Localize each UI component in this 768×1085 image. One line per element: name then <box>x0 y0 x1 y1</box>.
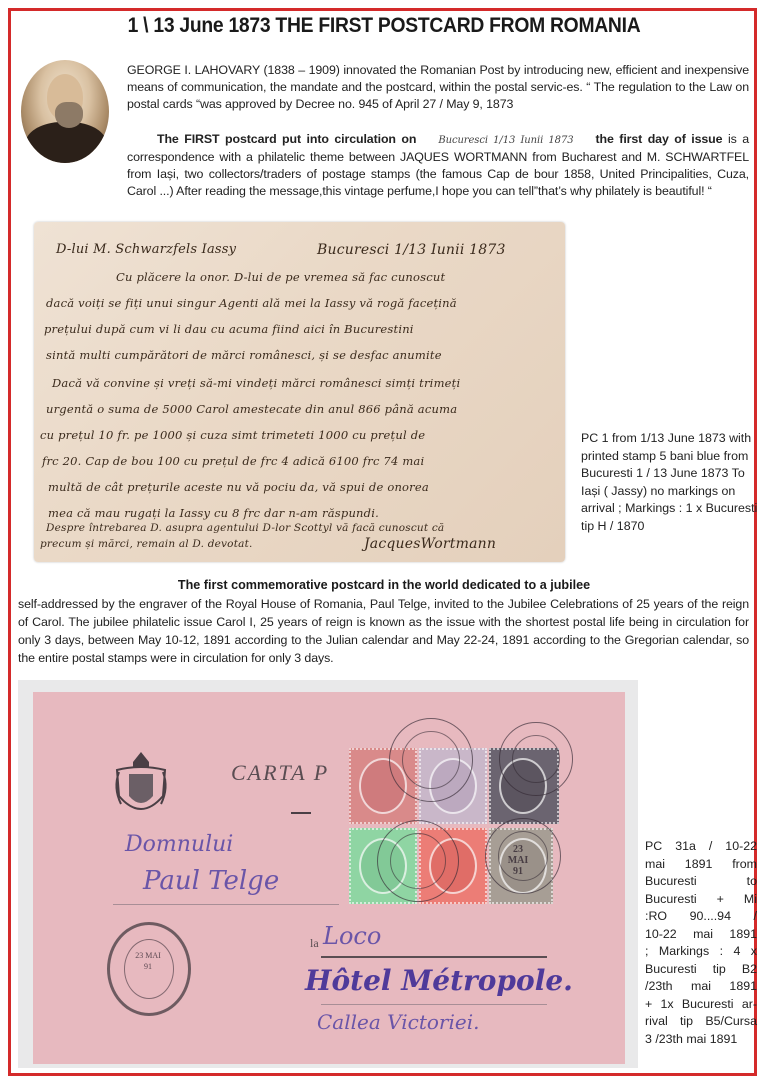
first-postcard-lead: The FIRST postcard put into circulation … <box>157 132 416 146</box>
postcard-addressee: D-lui M. Schwarzfels Iassy <box>56 242 236 257</box>
postcard-text-line: urgentă o suma de 5000 Carol amestecate … <box>46 402 457 416</box>
caption-line: ; Markings : 4 x <box>645 943 757 961</box>
caption-line: 10-22 mai 1891 <box>645 926 757 944</box>
jubilee-paragraph: self-addressed by the engraver of the Ro… <box>18 595 749 667</box>
postcard-text-line: Cu plăcere la onor. D-lui de pe vremea s… <box>116 270 445 284</box>
royal-crest-icon <box>111 748 171 828</box>
script-date: Bucuresci 1/13 Iunii 1873 <box>438 135 573 146</box>
postcard-1873-image: D-lui M. Schwarzfels Iassy Bucuresci 1/1… <box>34 222 565 562</box>
caption-line: Bucuresti to <box>645 873 757 891</box>
postmark-bucuresci <box>389 718 473 802</box>
jubilee-heading: The first commemorative postcard in the … <box>0 578 768 592</box>
postcard-text-line: Despre întrebarea D. asupra agentului D-… <box>46 522 444 534</box>
postmark-bucuresci <box>377 820 459 902</box>
postcard-text-line: prețului după cum vi li dau cu acuma fii… <box>44 322 414 336</box>
salutation: Domnului <box>125 832 233 857</box>
address-line-3: Callea Victoriei. <box>317 1010 479 1034</box>
first-postcard-paragraph: The FIRST postcard put into circulation … <box>127 131 749 200</box>
caption-line: 3 /23th mai 1891 <box>645 1031 757 1049</box>
postcard-text-line: sintă multi cumpărători de mărci românes… <box>46 348 442 362</box>
postcard-text-line: cu prețul 10 fr. pe 1000 și cuza simt tr… <box>40 428 425 442</box>
postcard-text-line: precum și mărci, remain al D. devotat. <box>40 538 253 550</box>
postcard-text-line: frc 20. Cap de bou 100 cu prețul de frc … <box>42 454 424 468</box>
postcard-text-line: multă de cât prețurile aceste nu vă poci… <box>48 480 429 494</box>
intro-paragraph: GEORGE I. LAHOVARY (1838 – 1909) innovat… <box>127 62 749 113</box>
caption-line: /23th mai 1891 <box>645 978 757 996</box>
address-rule <box>321 956 547 958</box>
postcard-text-line: dacă voiți se fiți unui singur Agenti al… <box>46 296 457 310</box>
postcard-1891-image: CARTA P 23 MAI 91 23 MAI 91 Domnului Pau… <box>33 692 625 1064</box>
caption-line: Bucuresti + Mi <box>645 891 757 909</box>
caption-line: mai 1891 from <box>645 856 757 874</box>
caption-line: + 1x Bucuresti ar- <box>645 996 757 1014</box>
postcard-signature: JacquesWortmann <box>364 536 496 552</box>
caption-line: Bucuresti tip B2 <box>645 961 757 979</box>
address-line-2: Hôtel Métropole. <box>305 964 573 997</box>
header-rule <box>291 812 311 814</box>
portrait-lahovary <box>21 60 109 163</box>
postmark-bucuresci <box>499 722 573 796</box>
address-rule <box>321 1004 547 1005</box>
postmark-date: 23 MAI 91 <box>503 844 533 877</box>
caption-line: rival tip B5/Cursa <box>645 1013 757 1031</box>
arrival-postmark-date: 23 MAI 91 <box>131 950 165 972</box>
la-label: la <box>310 936 319 951</box>
page-title: 1 \ 13 June 1873 THE FIRST POSTCARD FROM… <box>31 14 738 38</box>
postcard-text-line: Dacă vă convine și vreți să-mi vindeți m… <box>52 376 460 390</box>
carta-postala-header: CARTA P <box>231 760 329 786</box>
caption-line: :RO 90....94 / <box>645 908 757 926</box>
address-rule <box>113 904 339 905</box>
postcard-text-line: mea că mau rugați la Iassy cu 8 frc dar … <box>48 506 379 520</box>
caption-line: PC 31a / 10-22 <box>645 838 757 856</box>
first-day-label: the first day of issue <box>596 132 723 146</box>
recipient-name: Paul Telge <box>143 866 279 896</box>
address-line-1: Loco <box>323 922 381 950</box>
postcard-1873-caption: PC 1 from 1/13 June 1873 with printed st… <box>581 430 761 535</box>
postcard-1891-caption: PC 31a / 10-22 mai 1891 from Bucuresti t… <box>645 838 757 1048</box>
postcard-date-line: Bucuresci 1/13 Iunii 1873 <box>317 242 506 258</box>
